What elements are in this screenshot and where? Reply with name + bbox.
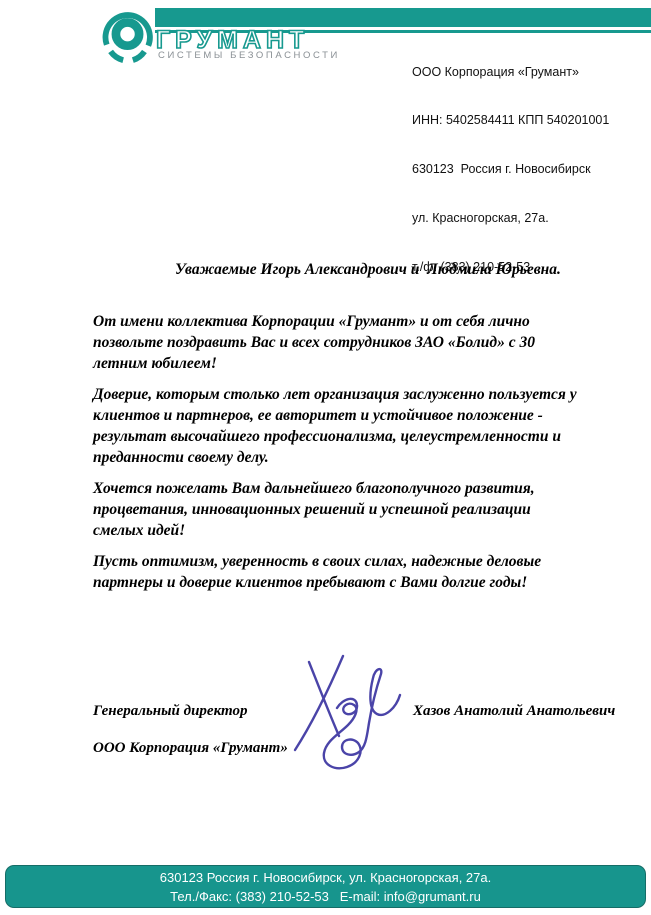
company-inn-line: ИНН: 5402584411 КПП 540201001	[412, 112, 609, 128]
letter-body: Уважаемые Игорь Александрович и Людмила …	[93, 261, 585, 603]
company-city-line: 630123 Россия г. Новосибирск	[412, 161, 609, 177]
logo-subtitle: СИСТЕМЫ БЕЗОПАСНОСТИ	[158, 50, 340, 61]
greeting-line: Уважаемые Игорь Александрович и Людмила …	[175, 261, 585, 279]
paragraph-2: Доверие, которым столько лет организация…	[93, 384, 585, 468]
grumant-logo-icon	[97, 7, 159, 65]
footer-address-bar: 630123 Россия г. Новосибирск, ул. Красно…	[5, 865, 646, 908]
signer-company: ООО Корпорация «Грумант»	[93, 740, 288, 757]
handwritten-signature-icon	[275, 648, 410, 773]
signer-title: Генеральный директор	[93, 703, 247, 720]
paragraph-1: От имени коллектива Корпорации «Грумант»…	[93, 311, 585, 374]
paragraph-4: Пусть оптимизм, уверенность в своих сила…	[93, 551, 585, 593]
paragraph-3: Хочется пожелать Вам дальнейшего благопо…	[93, 478, 585, 541]
header-accent-bar	[155, 8, 651, 27]
company-street-line: ул. Красногорская, 27а.	[412, 210, 609, 226]
signer-name: Хазов Анатолий Анатольевич	[413, 703, 615, 720]
footer-contacts: Тел./Факс: (383) 210-52-53 E-mail: info@…	[6, 887, 645, 906]
footer-address: 630123 Россия г. Новосибирск, ул. Красно…	[6, 868, 645, 887]
company-name-line: ООО Корпорация «Грумант»	[412, 64, 609, 80]
letter-page: ГРУМАНТ СИСТЕМЫ БЕЗОПАСНОСТИ ООО Корпора…	[0, 0, 651, 915]
